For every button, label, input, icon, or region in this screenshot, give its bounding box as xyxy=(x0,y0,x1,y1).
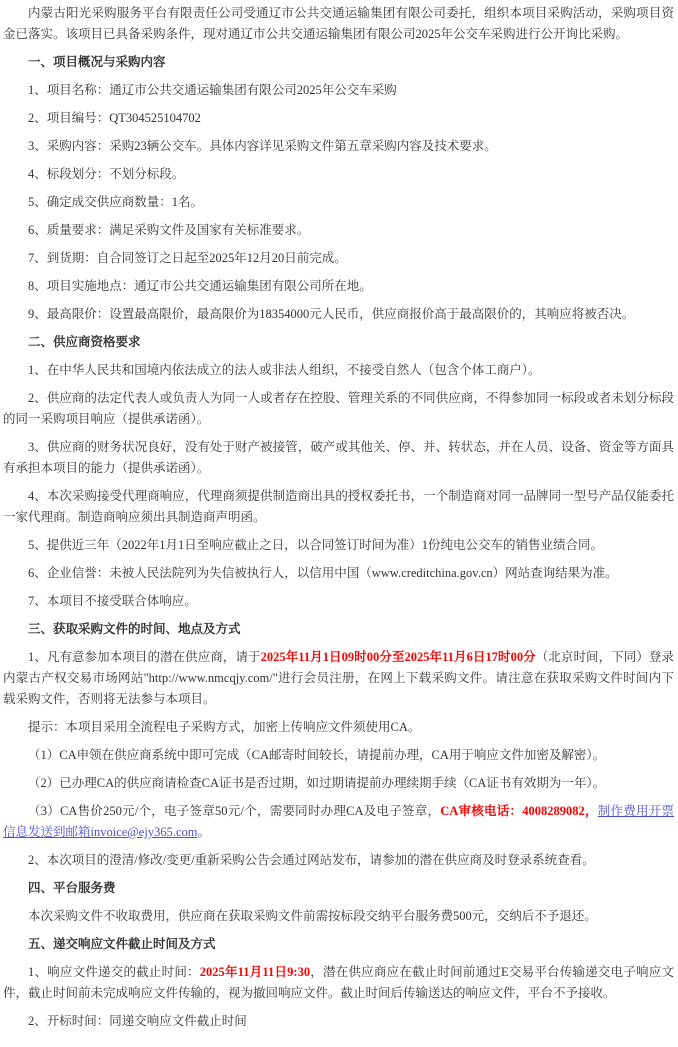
text-run: 3、供应商的财务状况良好，没有处于财产被接管，破产或其他关、停、并、转状态，并在… xyxy=(3,440,674,475)
qualification-4: 4、本次采购接受代理商响应，代理商须提供制造商出具的授权委托书，一个制造商对同一… xyxy=(3,486,674,528)
qualification-2: 2、供应商的法定代表人或负责人为同一人或者存在控股、管理关系的不同供应商，不得参… xyxy=(3,388,674,430)
text-run: （3）CA售价250元/个，电子签章50元/个，需要同时办理CA及电子签章， xyxy=(28,804,440,818)
section-5-heading: 五、递交响应文件截止时间及方式 xyxy=(3,934,674,955)
text-run: 1、在中华人民共和国境内依法成立的法人或非法人组织，不接受自然人（包含个体工商户… xyxy=(28,363,541,377)
text-run: 1、响应文件递交的截止时间： xyxy=(28,965,200,979)
text-run: 7、本项目不接受联合体响应。 xyxy=(28,594,197,608)
obtain-documents-time: 1、凡有意参加本项目的潜在供应商，请于2025年11月1日09时00分至2025… xyxy=(3,647,674,710)
item-max-price: 9、最高限价：设置最高限价，最高限价为18354000元人民币，供应商报价高于最… xyxy=(3,304,674,325)
item-procurement-content: 3、采购内容：采购23辆公交车。具体内容详见采购文件第五章采购内容及技术要求。 xyxy=(3,136,674,157)
text-run: 1、项目名称：通辽市公共交通运输集团有限公司2025年公交车采购 xyxy=(28,83,397,97)
section-4-heading: 四、平台服务费 xyxy=(3,878,674,899)
text-run: 8、项目实施地点：通辽市公共交通运输集团有限公司所在地。 xyxy=(28,279,372,293)
text-run: 3、采购内容：采购23辆公交车。具体内容详见采购文件第五章采购内容及技术要求。 xyxy=(28,139,497,153)
announcement-update-note: 2、本次项目的澄清/修改/变更/重新采购公告会通过网站发布，请参加的潜在供应商及… xyxy=(3,850,674,871)
item-project-location: 8、项目实施地点：通辽市公共交通运输集团有限公司所在地。 xyxy=(3,276,674,297)
item-delivery-date: 7、到货期：自合同签订之日起至2025年12月20日前完成。 xyxy=(3,248,674,269)
qualification-3: 3、供应商的财务状况良好，没有处于财产被接管，破产或其他关、停、并、转状态，并在… xyxy=(3,437,674,479)
text-run: （1）CA申领在供应商系统中即可完成（CA邮寄时间较长，请提前办理，CA用于响应… xyxy=(28,748,605,762)
text-run: 6、企业信誉：未被人民法院列为失信被执行人，以信用中国（www.creditch… xyxy=(28,566,618,580)
text-run: 内蒙古阳光采购服务平台有限责任公司受通辽市公共交通运输集团有限公司委托，组织本项… xyxy=(3,6,674,41)
item-supplier-count: 5、确定成交供应商数量：1名。 xyxy=(3,192,674,213)
text-run: 2、开标时间：同递交响应文件截止时间 xyxy=(28,1014,247,1028)
text-run: 5、确定成交供应商数量：1名。 xyxy=(28,195,203,209)
qualification-7: 7、本项目不接受联合体响应。 xyxy=(3,591,674,612)
text-run: 本次采购文件不收取费用，供应商在获取采购文件前需按标段交纳平台服务费500元，交… xyxy=(28,909,597,923)
bid-opening-time: 2、开标时间：同递交响应文件截止时间 xyxy=(3,1011,674,1032)
ca-note-2: （2）已办理CA的供应商请检查CA证书是否过期，如过期请提前办理续期手续（CA证… xyxy=(3,773,674,794)
highlighted-text-run: CA审核电话：4008289082， xyxy=(440,804,598,818)
text-run: 2、供应商的法定代表人或负责人为同一人或者存在控股、管理关系的不同供应商，不得参… xyxy=(3,391,674,426)
intro-paragraph: 内蒙古阳光采购服务平台有限责任公司受通辽市公共交通运输集团有限公司委托，组织本项… xyxy=(3,3,674,45)
text-run: 五、递交响应文件截止时间及方式 xyxy=(28,937,216,951)
document-body: 内蒙古阳光采购服务平台有限责任公司受通辽市公共交通运输集团有限公司委托，组织本项… xyxy=(0,0,678,1047)
item-project-number: 2、项目编号：QT304525104702 xyxy=(3,108,674,129)
text-run: 7、到货期：自合同签订之日起至2025年12月20日前完成。 xyxy=(28,251,347,265)
text-run: 4、标段划分：不划分标段。 xyxy=(28,167,184,181)
section-3-heading: 三、获取采购文件的时间、地点及方式 xyxy=(3,619,674,640)
section-2-heading: 二、供应商资格要求 xyxy=(3,332,674,353)
ca-tip: 提示：本项目采用全流程电子采购方式，加密上传响应文件须使用CA。 xyxy=(3,717,674,738)
ca-note-3: （3）CA售价250元/个，电子签章50元/个，需要同时办理CA及电子签章，CA… xyxy=(3,801,674,843)
text-run: 。 xyxy=(197,825,210,839)
submission-deadline: 1、响应文件递交的截止时间：2025年11月11日9:30，潜在供应商应在截止时… xyxy=(3,962,674,1004)
item-quality-requirement: 6、质量要求：满足采购文件及国家有关标准要求。 xyxy=(3,220,674,241)
text-run: 三、获取采购文件的时间、地点及方式 xyxy=(28,622,241,636)
text-run: （2）已办理CA的供应商请检查CA证书是否过期，如过期请提前办理续期手续（CA证… xyxy=(28,776,605,790)
section-1-heading: 一、项目概况与采购内容 xyxy=(3,52,674,73)
ca-note-1: （1）CA申领在供应商系统中即可完成（CA邮寄时间较长，请提前办理，CA用于响应… xyxy=(3,745,674,766)
text-run: 1、凡有意参加本项目的潜在供应商，请于 xyxy=(28,650,261,664)
qualification-1: 1、在中华人民共和国境内依法成立的法人或非法人组织，不接受自然人（包含个体工商户… xyxy=(3,360,674,381)
text-run: 一、项目概况与采购内容 xyxy=(28,55,166,69)
platform-fee: 本次采购文件不收取费用，供应商在获取采购文件前需按标段交纳平台服务费500元，交… xyxy=(3,906,674,927)
item-lot-division: 4、标段划分：不划分标段。 xyxy=(3,164,674,185)
text-run: 2、项目编号：QT304525104702 xyxy=(28,111,201,125)
text-run: 4、本次采购接受代理商响应，代理商须提供制造商出具的授权委托书，一个制造商对同一… xyxy=(3,489,674,524)
text-run: 提示：本项目采用全流程电子采购方式，加密上传响应文件须使用CA。 xyxy=(28,720,420,734)
text-run: 二、供应商资格要求 xyxy=(28,335,141,349)
qualification-5: 5、提供近三年（2022年1月1日至响应截止之日，以合同签订时间为准）1份纯电公… xyxy=(3,535,674,556)
text-run: 2、本次项目的澄清/修改/变更/重新采购公告会通过网站发布，请参加的潜在供应商及… xyxy=(28,853,595,867)
text-run: 5、提供近三年（2022年1月1日至响应截止之日，以合同签订时间为准）1份纯电公… xyxy=(28,538,603,552)
highlighted-text-run: 2025年11月1日09时00分至2025年11月6日17时00分 xyxy=(261,650,536,664)
item-project-name: 1、项目名称：通辽市公共交通运输集团有限公司2025年公交车采购 xyxy=(3,80,674,101)
highlighted-text-run: 2025年11月11日9:30 xyxy=(200,965,310,979)
text-run: 四、平台服务费 xyxy=(28,881,116,895)
qualification-6: 6、企业信誉：未被人民法院列为失信被执行人，以信用中国（www.creditch… xyxy=(3,563,674,584)
text-run: 9、最高限价：设置最高限价，最高限价为18354000元人民币，供应商报价高于最… xyxy=(28,307,634,321)
text-run: 6、质量要求：满足采购文件及国家有关标准要求。 xyxy=(28,223,309,237)
